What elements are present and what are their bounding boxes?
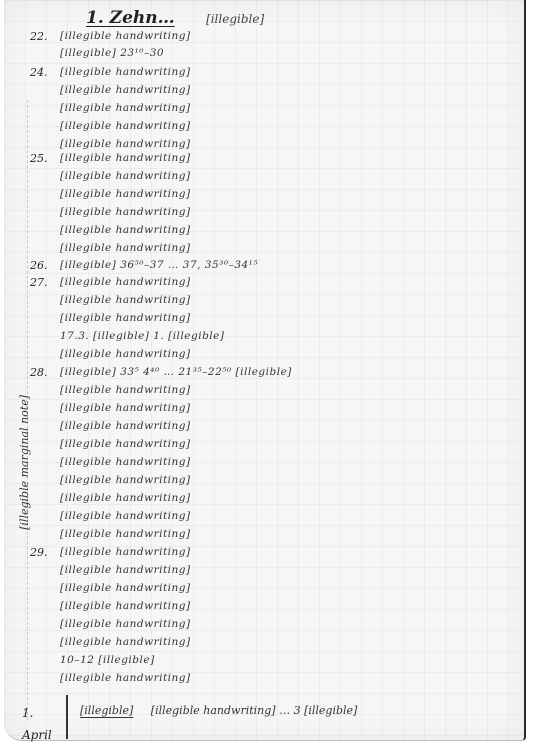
diary-page: 1. Zehn… [illegible] [illegible marginal… (4, 0, 526, 741)
entry-line: [illegible] 36⁵⁰–37 … 37, 35³⁰–34¹⁵ (60, 259, 500, 275)
april-first-word: [illegible] (80, 704, 133, 717)
april-day: 1. (22, 702, 52, 724)
entry-line: [illegible handwriting] (60, 170, 500, 186)
entry-line: [illegible handwriting] (60, 402, 500, 418)
entry-line: [illegible handwriting] (60, 294, 500, 310)
entry-date: 28. (30, 366, 48, 379)
entry-line: [illegible handwriting] (60, 546, 500, 562)
entry-line: [illegible handwriting] (60, 348, 500, 364)
entry-line: [illegible handwriting] (60, 672, 500, 688)
entry-line: [illegible handwriting] (60, 474, 500, 490)
entry-line: [illegible] 33⁵ 4⁴⁰ … 21³⁵–22⁵⁰ [illegib… (60, 366, 500, 382)
entry-line: [illegible handwriting] (60, 206, 500, 222)
entry-date: 27. (30, 276, 48, 289)
entry-line: [illegible handwriting] (60, 564, 500, 580)
entry-date: 29. (30, 546, 48, 559)
entry-line: [illegible handwriting] (60, 224, 500, 240)
entry-line: [illegible handwriting] (60, 384, 500, 400)
entry-line: [illegible handwriting] (60, 618, 500, 634)
april-divider (66, 695, 68, 739)
entry-line: [illegible handwriting] (60, 30, 500, 46)
april-entry-date: 1. April (22, 702, 52, 746)
entry-date: 26. (30, 259, 48, 272)
entry-line: [illegible handwriting] (60, 84, 500, 100)
entry-date: 25. (30, 152, 48, 165)
entry-line: [illegible handwriting] (60, 312, 500, 328)
entry-date: 24. (30, 66, 48, 79)
entry-line: [illegible handwriting] (60, 528, 500, 544)
entry-line: 10–12 [illegible] (60, 654, 500, 670)
entry-line: [illegible handwriting] (60, 152, 500, 168)
entry-line: 17.3. [illegible] 1. [illegible] (60, 330, 500, 346)
april-month: April (22, 724, 52, 746)
april-entry-line: [illegible] [illegible handwriting] … 3 … (80, 704, 357, 717)
entry-line: [illegible handwriting] (60, 456, 500, 472)
entry-line: [illegible handwriting] (60, 582, 500, 598)
entry-line: [illegible handwriting] (60, 420, 500, 436)
entry-line: [illegible handwriting] (60, 102, 500, 118)
entry-date: 22. (30, 30, 48, 43)
april-text: [illegible handwriting] … 3 [illegible] (151, 704, 358, 717)
entry-line: [illegible handwriting] (60, 188, 500, 204)
heading-title: 1. Zehn… (86, 8, 175, 28)
page-heading: 1. Zehn… [illegible] (86, 8, 264, 28)
entry-line: [illegible handwriting] (60, 636, 500, 652)
entry-line: [illegible handwriting] (60, 438, 500, 454)
entry-line: [illegible handwriting] (60, 242, 500, 258)
heading-note: [illegible] (206, 12, 264, 26)
entry-line: [illegible handwriting] (60, 600, 500, 616)
entry-line: [illegible handwriting] (60, 66, 500, 82)
margin-side-note: [illegible marginal note] (18, 395, 31, 530)
entry-line: [illegible handwriting] (60, 492, 500, 508)
entry-line: [illegible handwriting] (60, 120, 500, 136)
entry-line: [illegible] 23¹⁰–30 (60, 47, 500, 63)
entry-line: [illegible handwriting] (60, 276, 500, 292)
entry-line: [illegible handwriting] (60, 510, 500, 526)
